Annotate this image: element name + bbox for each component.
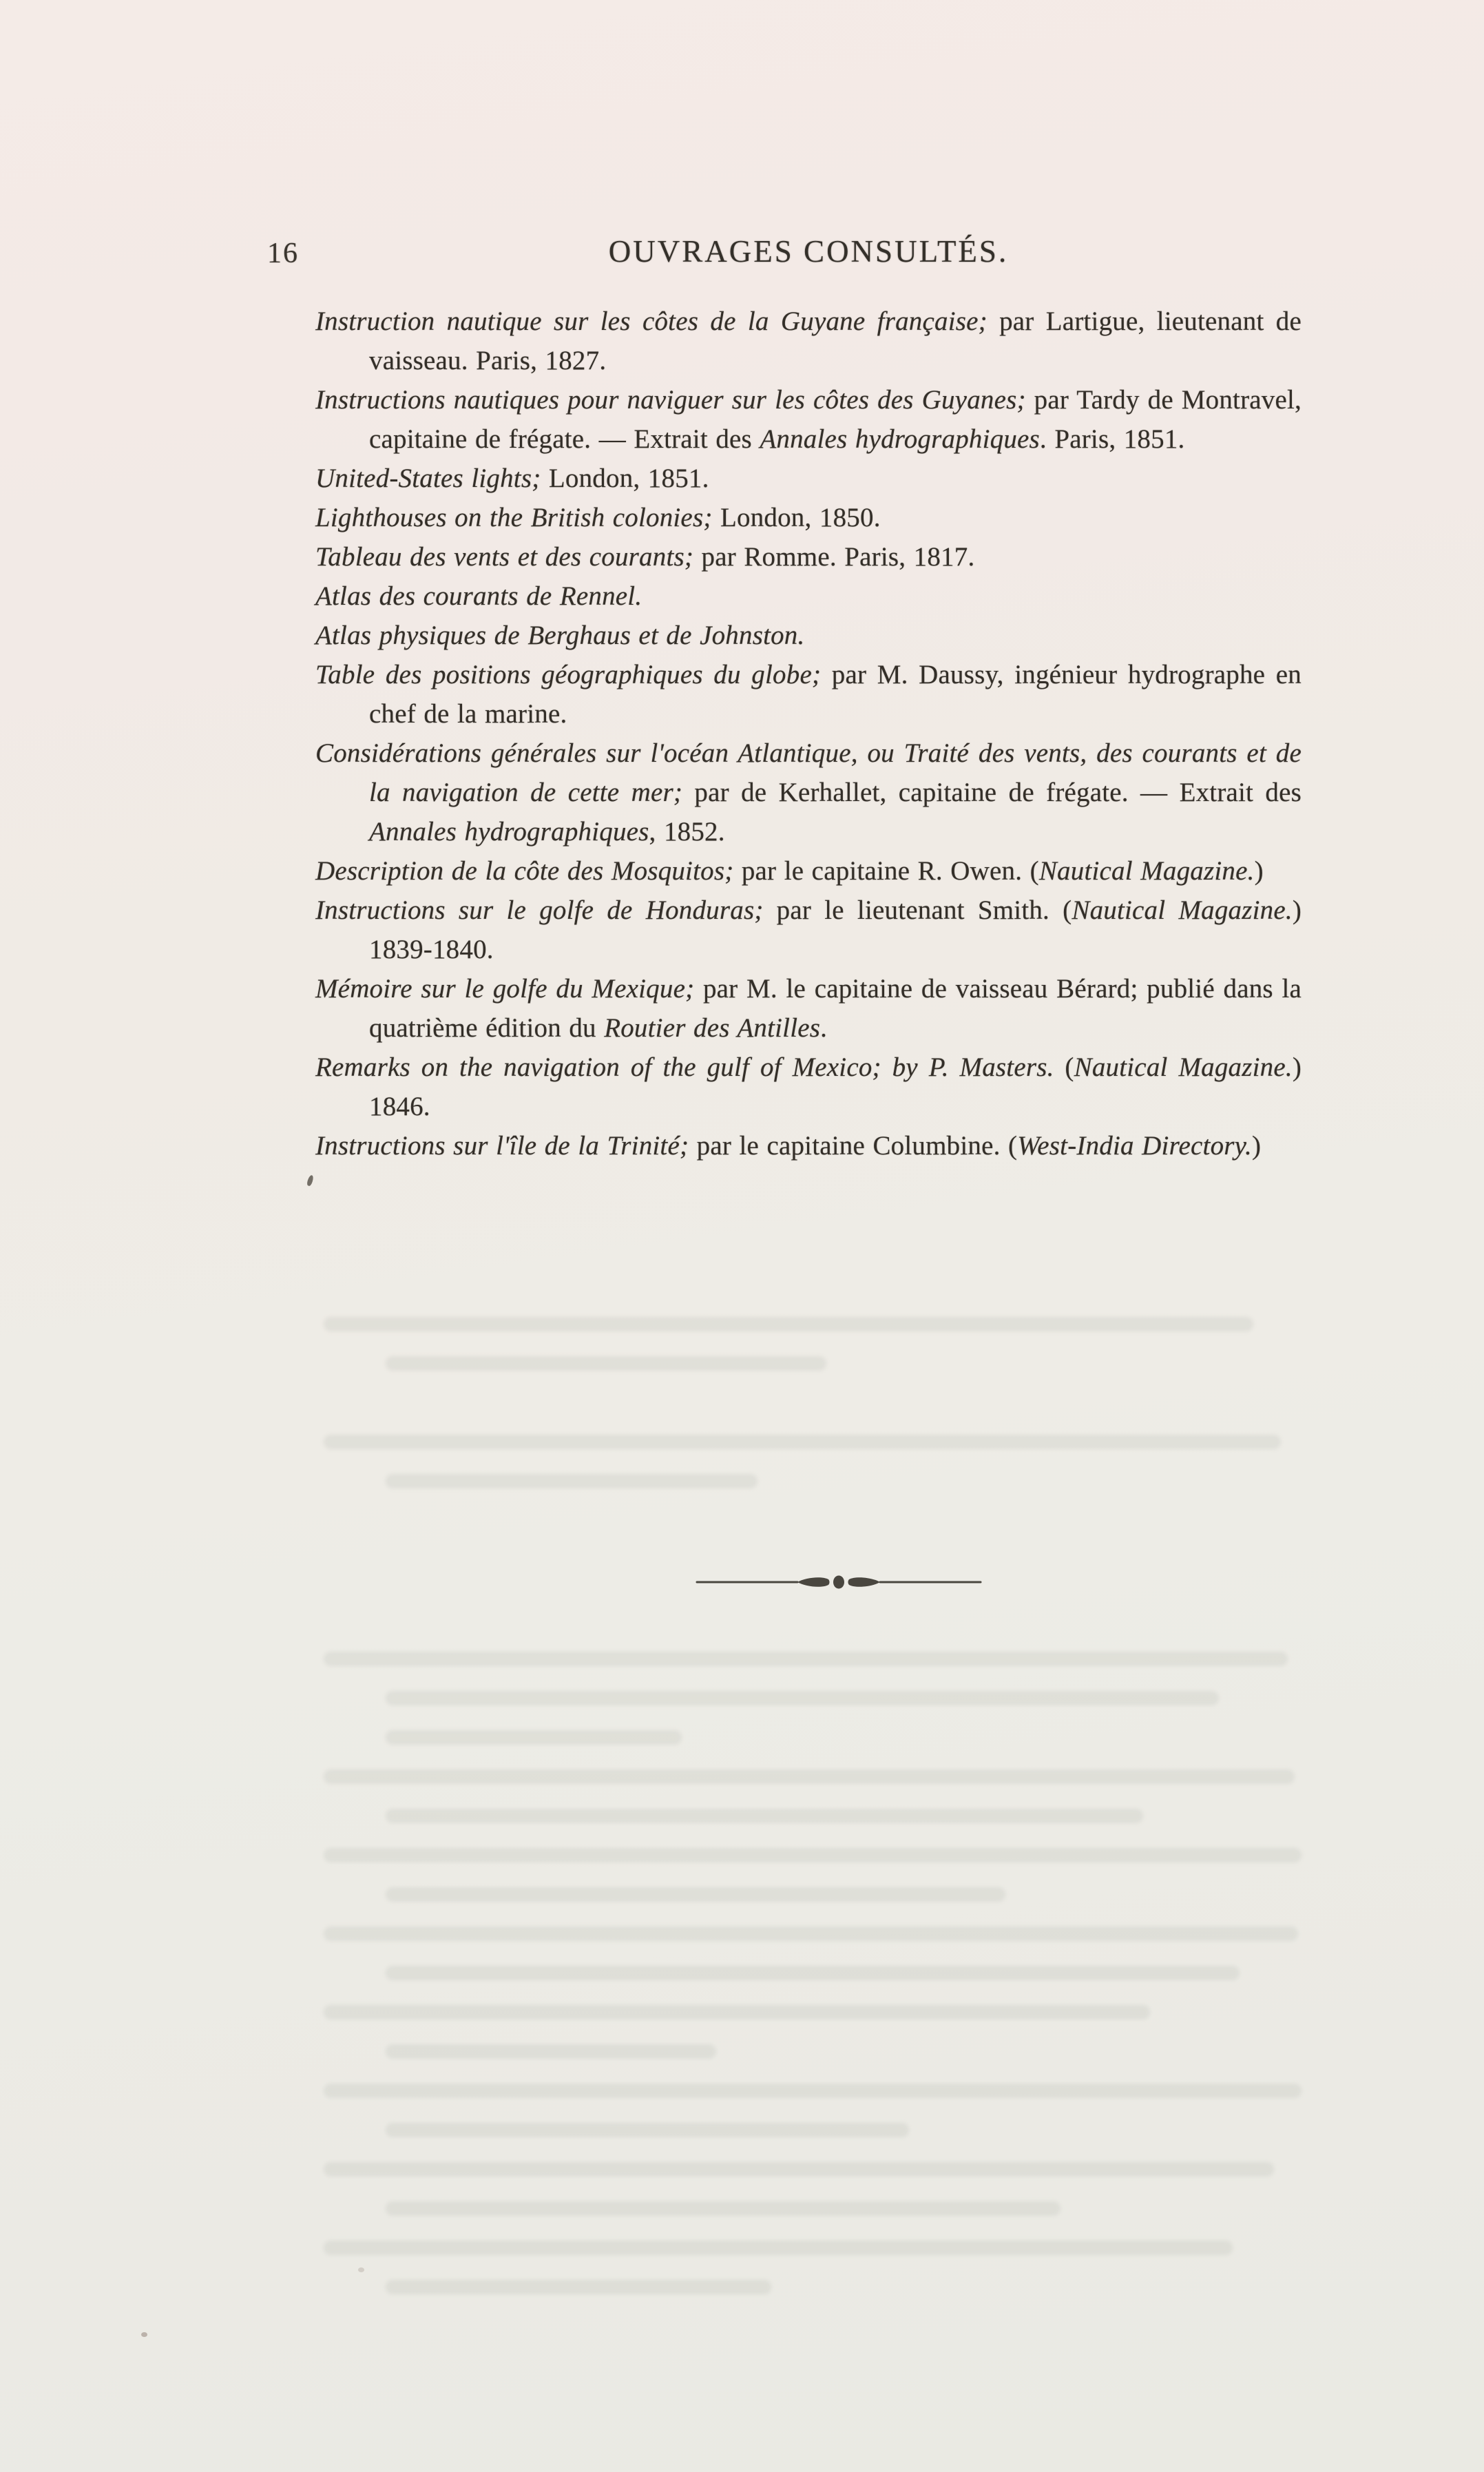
bleedthrough-line: [324, 2241, 1233, 2255]
title-segment: Nautical Magazine.: [1074, 1052, 1293, 1082]
title-segment: Annales hydrographiques: [760, 424, 1040, 454]
paper-speck: [141, 2332, 147, 2337]
bibliography-entry: Table des positions géographiques du glo…: [315, 655, 1302, 734]
bibliography-entry: Instructions sur le golfe de Honduras; p…: [315, 891, 1302, 969]
title-segment: Atlas physiques de Berghaus et de Johnst…: [315, 621, 804, 650]
page-number: 16: [267, 238, 299, 269]
bibliography-list: Instruction nautique sur les côtes de la…: [315, 302, 1302, 1165]
title-segment: Instruction nautique sur les côtes de la…: [315, 307, 987, 336]
running-header: OUVRAGES CONSULTÉS.: [315, 234, 1302, 269]
bleedthrough-line: [386, 2201, 1060, 2216]
bleedthrough-line: [386, 2123, 909, 2137]
bleedthrough-line: [324, 2084, 1302, 2098]
bibliography-entry: United-States lights; London, 1851.: [315, 459, 1302, 498]
detail-segment: .: [820, 1013, 827, 1043]
bibliography-entry: Considérations générales sur l'océan Atl…: [315, 734, 1302, 851]
title-segment: Remarks on the navigation of the gulf of…: [315, 1052, 1054, 1082]
title-segment: Description de la côte des Mosquitos;: [315, 856, 733, 886]
detail-segment: par Romme. Paris, 1817.: [693, 542, 974, 572]
bleedthrough-line: [324, 2162, 1274, 2177]
title-segment: Lighthouses on the British colonies;: [315, 503, 713, 532]
title-segment: United-States lights;: [315, 464, 541, 493]
bibliography-entry: Lighthouses on the British colonies; Lon…: [315, 498, 1302, 537]
bleedthrough-line: [386, 1966, 1240, 1980]
detail-segment: , 1852.: [649, 817, 725, 846]
detail-segment: (: [1054, 1052, 1074, 1082]
bleedthrough-line: [386, 2280, 771, 2294]
bleedthrough-line: [386, 2044, 716, 2059]
bleedthrough-line: [386, 1809, 1143, 1823]
bibliography-entry: Instruction nautique sur les côtes de la…: [315, 302, 1302, 380]
bleedthrough-line: [324, 1848, 1302, 1862]
bleedthrough-line: [324, 1435, 1281, 1449]
detail-segment: par le lieutenant Smith. (: [764, 895, 1072, 925]
title-segment: Annales hydrographiques: [369, 817, 649, 846]
bleedthrough-line: [386, 1730, 682, 1745]
bleedthrough-line: [324, 1652, 1288, 1666]
swelled-rule-divider-icon: [694, 1572, 983, 1592]
bibliography-entry: Instructions nautiques pour naviguer sur…: [315, 380, 1302, 459]
bleedthrough-line: [386, 1474, 757, 1488]
bibliography-entry: Atlas des courants de Rennel.: [315, 577, 1302, 616]
title-segment: Atlas des courants de Rennel.: [315, 581, 642, 611]
detail-segment: . Paris, 1851.: [1040, 424, 1185, 454]
bibliography-entry: Instructions sur l'île de la Trinité; pa…: [315, 1126, 1302, 1165]
bibliography-entry: Tableau des vents et des courants; par R…: [315, 537, 1302, 577]
title-segment: Table des positions géographiques du glo…: [315, 660, 821, 689]
bleedthrough-line: [386, 1356, 826, 1371]
detail-segment: par le capitaine R. Owen. (: [733, 856, 1038, 886]
title-segment: Nautical Magazine.: [1039, 856, 1255, 886]
detail-segment: London, 1851.: [541, 464, 709, 493]
bibliography-entry: Description de la côte des Mosquitos; pa…: [315, 851, 1302, 891]
title-segment: Instructions sur l'île de la Trinité;: [315, 1131, 689, 1161]
title-segment: Nautical Magazine.: [1072, 895, 1292, 925]
bleedthrough-line: [324, 1769, 1295, 1784]
title-segment: Instructions nautiques pour naviguer sur…: [315, 385, 1026, 415]
detail-segment: ): [1252, 1131, 1261, 1161]
bleedthrough-line: [324, 1926, 1298, 1941]
paper-speck: [358, 2267, 364, 2272]
bibliography-entry: Mémoire sur le golfe du Mexique; par M. …: [315, 969, 1302, 1048]
detail-segment: par le capitaine Columbine. (: [689, 1131, 1017, 1161]
detail-segment: par de Kerhallet, capitaine de frégate. …: [682, 778, 1302, 807]
bleedthrough-line: [386, 1887, 1005, 1902]
bibliography-entry: Remarks on the navigation of the gulf of…: [315, 1048, 1302, 1126]
book-page: 16 OUVRAGES CONSULTÉS. Instruction nauti…: [0, 0, 1484, 2472]
bleedthrough-line: [324, 2005, 1150, 2019]
detail-segment: London, 1850.: [713, 503, 881, 532]
title-segment: Mémoire sur le golfe du Mexique;: [315, 974, 694, 1004]
title-segment: Tableau des vents et des courants;: [315, 542, 693, 572]
title-segment: Instructions sur le golfe de Honduras;: [315, 895, 764, 925]
title-segment: West-India Directory.: [1017, 1131, 1252, 1161]
bleedthrough-line: [324, 1317, 1253, 1331]
bleedthrough-line: [386, 1691, 1219, 1705]
title-segment: Routier des Antilles: [604, 1013, 820, 1043]
bibliography-entry: Atlas physiques de Berghaus et de Johnst…: [315, 616, 1302, 655]
detail-segment: ): [1255, 856, 1264, 886]
stray-ink-mark: [306, 1174, 315, 1186]
